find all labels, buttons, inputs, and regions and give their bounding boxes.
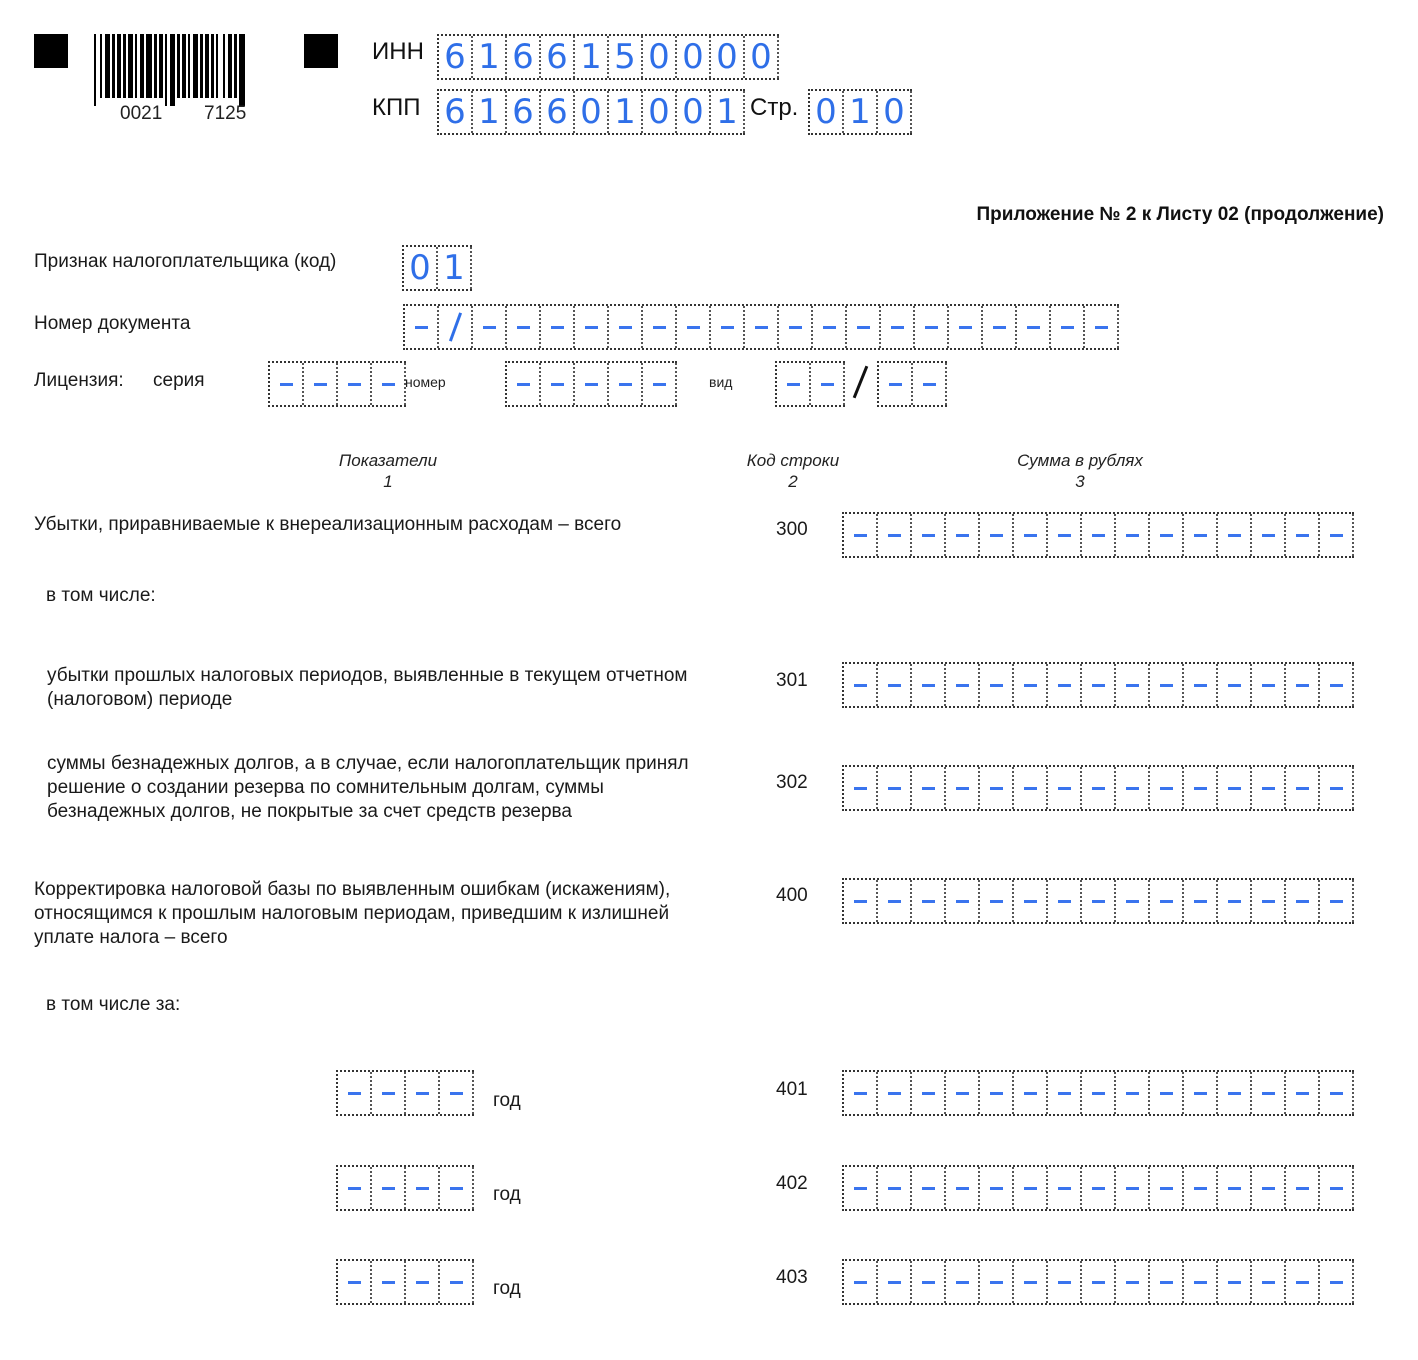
form-cell[interactable] xyxy=(372,1072,406,1114)
empty-dash xyxy=(1228,684,1241,687)
form-cell[interactable] xyxy=(946,880,980,922)
form-cell[interactable] xyxy=(1320,664,1354,706)
inn-field[interactable]: 6166150000 xyxy=(437,34,779,80)
form-cell[interactable] xyxy=(1014,1261,1048,1303)
form-cell[interactable] xyxy=(372,1167,406,1209)
empty-dash xyxy=(821,383,834,386)
form-cell[interactable]: 0 xyxy=(745,36,779,78)
empty-dash xyxy=(888,1281,901,1284)
registration-marker-left xyxy=(34,34,68,68)
row-code-401: 401 xyxy=(776,1079,808,1101)
form-cell[interactable]: 1 xyxy=(844,91,878,133)
form-cell[interactable] xyxy=(338,1167,372,1209)
form-cell[interactable] xyxy=(1184,1261,1218,1303)
form-cell[interactable] xyxy=(1320,880,1354,922)
form-cell[interactable] xyxy=(1218,767,1252,809)
form-cell[interactable] xyxy=(813,306,847,348)
form-cell[interactable] xyxy=(440,1261,474,1303)
form-cell[interactable] xyxy=(507,306,541,348)
form-cell[interactable] xyxy=(1048,1072,1082,1114)
empty-dash xyxy=(1228,1187,1241,1190)
form-cell[interactable] xyxy=(1048,1167,1082,1209)
empty-dash xyxy=(1228,534,1241,537)
form-cell[interactable] xyxy=(440,1072,474,1114)
empty-dash xyxy=(1024,534,1037,537)
empty-dash xyxy=(1092,1092,1105,1095)
form-cell[interactable] xyxy=(1014,514,1048,556)
form-cell[interactable]: 6 xyxy=(439,91,473,133)
form-cell[interactable] xyxy=(980,664,1014,706)
license-series-label: серия xyxy=(153,370,205,392)
form-cell[interactable] xyxy=(913,363,947,405)
empty-dash xyxy=(854,1092,867,1095)
form-cell[interactable] xyxy=(881,306,915,348)
form-cell[interactable]: 1 xyxy=(609,91,643,133)
kpp-field[interactable]: 616601001 xyxy=(437,89,745,135)
form-cell[interactable] xyxy=(1218,880,1252,922)
empty-dash xyxy=(1296,900,1309,903)
form-cell[interactable] xyxy=(1014,880,1048,922)
form-cell[interactable] xyxy=(1286,664,1320,706)
form-cell[interactable]: 6 xyxy=(541,36,575,78)
form-cell[interactable] xyxy=(980,1261,1014,1303)
empty-dash xyxy=(1194,1281,1207,1284)
empty-dash xyxy=(687,326,700,329)
form-cell[interactable]: 0 xyxy=(677,36,711,78)
form-cell[interactable]: 1 xyxy=(711,91,745,133)
empty-dash xyxy=(653,326,666,329)
empty-dash xyxy=(1262,1187,1275,1190)
form-cell[interactable] xyxy=(1082,1072,1116,1114)
empty-dash xyxy=(1330,684,1343,687)
form-cell[interactable] xyxy=(946,664,980,706)
form-cell[interactable] xyxy=(844,664,878,706)
form-cell[interactable] xyxy=(1218,1261,1252,1303)
form-cell[interactable] xyxy=(1082,664,1116,706)
year-field-403[interactable] xyxy=(336,1259,474,1305)
form-cell[interactable] xyxy=(1252,514,1286,556)
form-cell[interactable] xyxy=(844,514,878,556)
empty-dash xyxy=(280,383,293,386)
form-cell[interactable] xyxy=(879,363,913,405)
column-number: 1 xyxy=(288,471,488,492)
form-cell[interactable] xyxy=(912,1072,946,1114)
form-cell[interactable] xyxy=(878,1261,912,1303)
empty-dash xyxy=(585,383,598,386)
row-code-301: 301 xyxy=(776,670,808,692)
row-label-300: Убытки, приравниваемые к внереализационн… xyxy=(34,513,734,537)
empty-dash xyxy=(1024,1187,1037,1190)
form-cell[interactable]: 1 xyxy=(473,91,507,133)
form-cell[interactable] xyxy=(878,664,912,706)
form-cell[interactable] xyxy=(745,306,779,348)
form-cell[interactable] xyxy=(372,1261,406,1303)
empty-dash xyxy=(1296,1092,1309,1095)
form-cell[interactable] xyxy=(980,1072,1014,1114)
year-label-401: год xyxy=(493,1090,521,1112)
empty-dash xyxy=(1262,1092,1275,1095)
form-cell[interactable] xyxy=(677,306,711,348)
form-cell[interactable] xyxy=(1184,1167,1218,1209)
document-number-field[interactable] xyxy=(403,304,1119,350)
form-cell[interactable] xyxy=(912,767,946,809)
empty-dash xyxy=(888,900,901,903)
empty-dash xyxy=(1194,1092,1207,1095)
empty-dash xyxy=(1330,1281,1343,1284)
form-cell[interactable] xyxy=(1116,767,1150,809)
form-cell[interactable] xyxy=(1286,1072,1320,1114)
form-cell[interactable] xyxy=(1286,1167,1320,1209)
form-cell[interactable] xyxy=(1150,767,1184,809)
empty-dash xyxy=(956,1092,969,1095)
form-cell[interactable] xyxy=(1252,664,1286,706)
form-cell[interactable] xyxy=(643,363,677,405)
form-cell[interactable] xyxy=(405,306,439,348)
form-cell[interactable] xyxy=(949,306,983,348)
empty-dash xyxy=(619,383,632,386)
form-cell[interactable] xyxy=(1017,306,1051,348)
form-cell[interactable] xyxy=(575,363,609,405)
form-cell[interactable] xyxy=(270,363,304,405)
form-cell[interactable] xyxy=(1082,767,1116,809)
form-cell[interactable]: 0 xyxy=(810,91,844,133)
form-cell[interactable] xyxy=(878,1072,912,1114)
form-cell[interactable] xyxy=(878,767,912,809)
form-cell[interactable] xyxy=(777,363,811,405)
form-cell[interactable] xyxy=(1116,1072,1150,1114)
form-cell[interactable] xyxy=(878,880,912,922)
empty-dash xyxy=(1058,684,1071,687)
empty-dash xyxy=(483,326,496,329)
form-cell[interactable] xyxy=(811,363,845,405)
form-cell[interactable] xyxy=(1320,514,1354,556)
form-cell[interactable]: 6 xyxy=(541,91,575,133)
empty-dash xyxy=(956,900,969,903)
form-cell[interactable] xyxy=(946,767,980,809)
sum-field-400[interactable] xyxy=(842,878,1354,924)
form-cell[interactable] xyxy=(1082,880,1116,922)
row-label-400: Корректировка налоговой базы по выявленн… xyxy=(34,878,674,950)
form-cell[interactable] xyxy=(1252,1261,1286,1303)
inn-label: ИНН xyxy=(372,38,424,66)
form-cell[interactable] xyxy=(912,664,946,706)
empty-dash xyxy=(1024,1092,1037,1095)
empty-dash xyxy=(993,326,1006,329)
form-cell[interactable]: 5 xyxy=(609,36,643,78)
form-cell[interactable]: 0 xyxy=(711,36,745,78)
form-cell[interactable] xyxy=(541,306,575,348)
form-cell[interactable] xyxy=(304,363,338,405)
form-cell[interactable] xyxy=(779,306,813,348)
empty-dash xyxy=(585,326,598,329)
license-type-field-right[interactable] xyxy=(877,361,947,407)
empty-dash xyxy=(922,787,935,790)
form-cell[interactable] xyxy=(915,306,949,348)
form-cell[interactable] xyxy=(1218,1167,1252,1209)
empty-dash xyxy=(990,787,1003,790)
column-title: Сумма в рублях xyxy=(980,450,1180,471)
form-cell[interactable] xyxy=(878,514,912,556)
empty-dash xyxy=(959,326,972,329)
sum-field-402[interactable] xyxy=(842,1165,1354,1211)
empty-dash xyxy=(450,1187,463,1190)
empty-dash xyxy=(854,1281,867,1284)
empty-dash xyxy=(1160,534,1173,537)
empty-dash xyxy=(1126,1187,1139,1190)
form-cell[interactable] xyxy=(1014,1167,1048,1209)
slash-separator xyxy=(448,312,461,341)
form-cell[interactable] xyxy=(1116,514,1150,556)
form-cell[interactable] xyxy=(609,306,643,348)
form-cell[interactable] xyxy=(983,306,1017,348)
form-cell[interactable] xyxy=(1150,664,1184,706)
taxpayer-sign-field[interactable]: 01 xyxy=(402,245,472,291)
license-series-field[interactable] xyxy=(268,361,406,407)
page-field[interactable]: 010 xyxy=(808,89,912,135)
row-code-300: 300 xyxy=(776,519,808,541)
form-cell[interactable] xyxy=(1184,1072,1218,1114)
form-cell[interactable] xyxy=(1085,306,1119,348)
form-cell[interactable] xyxy=(980,514,1014,556)
form-cell[interactable] xyxy=(1014,664,1048,706)
empty-dash xyxy=(1228,900,1241,903)
form-cell[interactable] xyxy=(541,363,575,405)
empty-dash xyxy=(348,383,361,386)
license-type-field-left[interactable] xyxy=(775,361,845,407)
form-cell[interactable] xyxy=(439,306,473,348)
empty-dash xyxy=(1194,900,1207,903)
empty-dash xyxy=(889,383,902,386)
form-cell[interactable] xyxy=(1150,1167,1184,1209)
empty-dash xyxy=(956,787,969,790)
sum-field-403[interactable] xyxy=(842,1259,1354,1305)
column-header-code: Код строки 2 xyxy=(693,450,893,492)
form-cell[interactable]: 0 xyxy=(575,91,609,133)
license-number-field[interactable] xyxy=(505,361,677,407)
form-cell[interactable]: 1 xyxy=(473,36,507,78)
form-cell[interactable]: 0 xyxy=(643,91,677,133)
form-cell[interactable] xyxy=(1116,1167,1150,1209)
empty-dash xyxy=(1296,684,1309,687)
empty-dash xyxy=(348,1281,361,1284)
form-cell[interactable] xyxy=(912,1261,946,1303)
empty-dash xyxy=(1126,534,1139,537)
form-cell[interactable] xyxy=(946,1261,980,1303)
form-cell[interactable]: 6 xyxy=(507,36,541,78)
empty-dash xyxy=(888,1187,901,1190)
empty-dash xyxy=(1024,787,1037,790)
form-cell[interactable] xyxy=(980,880,1014,922)
sum-field-401[interactable] xyxy=(842,1070,1354,1116)
form-cell[interactable] xyxy=(946,1072,980,1114)
form-cell[interactable] xyxy=(1286,514,1320,556)
form-cell[interactable] xyxy=(1286,767,1320,809)
license-type-separator xyxy=(845,361,875,403)
empty-dash xyxy=(1126,1092,1139,1095)
form-cell[interactable] xyxy=(912,514,946,556)
empty-dash xyxy=(891,326,904,329)
form-cell[interactable]: 1 xyxy=(438,247,472,289)
form-cell[interactable] xyxy=(1218,1072,1252,1114)
form-cell[interactable] xyxy=(878,1167,912,1209)
empty-dash xyxy=(922,1092,935,1095)
empty-dash xyxy=(1160,787,1173,790)
form-cell[interactable] xyxy=(1082,1167,1116,1209)
empty-dash xyxy=(1024,900,1037,903)
form-cell[interactable] xyxy=(1014,1072,1048,1114)
form-cell[interactable] xyxy=(609,363,643,405)
form-cell[interactable]: 6 xyxy=(439,36,473,78)
empty-dash xyxy=(1024,1281,1037,1284)
form-cell[interactable] xyxy=(1116,1261,1150,1303)
empty-dash xyxy=(1058,534,1071,537)
form-cell[interactable]: 6 xyxy=(507,91,541,133)
empty-dash xyxy=(990,1092,1003,1095)
form-cell[interactable] xyxy=(1184,767,1218,809)
form-cell[interactable] xyxy=(1150,514,1184,556)
form-cell[interactable] xyxy=(338,1072,372,1114)
empty-dash xyxy=(1194,787,1207,790)
form-cell[interactable] xyxy=(1320,1072,1354,1114)
empty-dash xyxy=(787,383,800,386)
form-cell[interactable] xyxy=(946,514,980,556)
form-cell[interactable] xyxy=(338,363,372,405)
form-cell[interactable] xyxy=(406,1261,440,1303)
form-cell[interactable] xyxy=(1252,767,1286,809)
empty-dash xyxy=(888,684,901,687)
empty-dash xyxy=(854,534,867,537)
form-cell[interactable]: 0 xyxy=(878,91,912,133)
form-cell[interactable] xyxy=(1048,767,1082,809)
empty-dash xyxy=(416,1092,429,1095)
barcode xyxy=(94,34,276,106)
form-cell[interactable] xyxy=(1116,664,1150,706)
form-cell[interactable] xyxy=(372,363,406,405)
form-cell[interactable] xyxy=(1051,306,1085,348)
column-header-indicators: Показатели 1 xyxy=(288,450,488,492)
form-cell[interactable] xyxy=(844,767,878,809)
form-cell[interactable] xyxy=(946,1167,980,1209)
empty-dash xyxy=(653,383,666,386)
form-cell[interactable] xyxy=(844,880,878,922)
form-cell[interactable] xyxy=(643,306,677,348)
form-cell[interactable] xyxy=(1184,880,1218,922)
empty-dash xyxy=(1330,900,1343,903)
form-cell[interactable] xyxy=(1252,1072,1286,1114)
empty-dash xyxy=(450,1092,463,1095)
empty-dash xyxy=(1296,1281,1309,1284)
form-cell[interactable] xyxy=(844,1261,878,1303)
form-cell[interactable] xyxy=(1116,880,1150,922)
form-cell[interactable] xyxy=(1048,1261,1082,1303)
form-cell[interactable] xyxy=(980,767,1014,809)
empty-dash xyxy=(1194,684,1207,687)
form-cell[interactable] xyxy=(440,1167,474,1209)
year-field-401[interactable] xyxy=(336,1070,474,1116)
subsection-years-label: в том числе за: xyxy=(46,994,180,1016)
form-cell[interactable]: 1 xyxy=(575,36,609,78)
empty-dash xyxy=(1061,326,1074,329)
form-cell[interactable] xyxy=(1252,880,1286,922)
empty-dash xyxy=(1160,900,1173,903)
kpp-label: КПП xyxy=(372,94,420,122)
empty-dash xyxy=(382,1281,395,1284)
empty-dash xyxy=(1330,787,1343,790)
form-cell[interactable] xyxy=(507,363,541,405)
form-cell[interactable] xyxy=(1150,880,1184,922)
empty-dash xyxy=(922,900,935,903)
empty-dash xyxy=(450,1281,463,1284)
empty-dash xyxy=(854,684,867,687)
empty-dash xyxy=(1027,326,1040,329)
form-cell[interactable] xyxy=(1286,1261,1320,1303)
form-cell[interactable]: 0 xyxy=(643,36,677,78)
form-cell[interactable] xyxy=(847,306,881,348)
form-cell[interactable] xyxy=(473,306,507,348)
year-field-402[interactable] xyxy=(336,1165,474,1211)
form-cell[interactable] xyxy=(912,880,946,922)
form-cell[interactable] xyxy=(1184,664,1218,706)
empty-dash xyxy=(1092,900,1105,903)
form-cell[interactable] xyxy=(912,1167,946,1209)
empty-dash xyxy=(956,1281,969,1284)
empty-dash xyxy=(1194,534,1207,537)
empty-dash xyxy=(1058,1092,1071,1095)
sum-field-301[interactable] xyxy=(842,662,1354,708)
empty-dash xyxy=(1296,534,1309,537)
form-cell[interactable] xyxy=(1320,1261,1354,1303)
sum-field-302[interactable] xyxy=(842,765,1354,811)
form-cell[interactable] xyxy=(980,1167,1014,1209)
form-cell[interactable] xyxy=(1286,880,1320,922)
sum-field-300[interactable] xyxy=(842,512,1354,558)
empty-dash xyxy=(1194,1187,1207,1190)
form-cell[interactable] xyxy=(844,1167,878,1209)
form-cell[interactable] xyxy=(1048,880,1082,922)
form-cell[interactable]: 0 xyxy=(677,91,711,133)
form-cell[interactable] xyxy=(338,1261,372,1303)
form-cell[interactable] xyxy=(406,1167,440,1209)
form-cell[interactable] xyxy=(1320,1167,1354,1209)
form-cell[interactable] xyxy=(1150,1072,1184,1114)
form-cell[interactable] xyxy=(1150,1261,1184,1303)
form-cell[interactable] xyxy=(1048,664,1082,706)
empty-dash xyxy=(1092,1281,1105,1284)
form-cell[interactable] xyxy=(1014,767,1048,809)
form-cell[interactable] xyxy=(1320,767,1354,809)
form-cell[interactable] xyxy=(844,1072,878,1114)
form-cell[interactable] xyxy=(1184,514,1218,556)
form-cell[interactable] xyxy=(1218,514,1252,556)
form-cell[interactable] xyxy=(1048,514,1082,556)
form-cell[interactable] xyxy=(1252,1167,1286,1209)
form-cell[interactable] xyxy=(1082,1261,1116,1303)
empty-dash xyxy=(517,326,530,329)
document-number-label: Номер документа xyxy=(34,313,190,335)
empty-dash xyxy=(1126,684,1139,687)
empty-dash xyxy=(923,383,936,386)
form-cell[interactable] xyxy=(406,1072,440,1114)
form-cell[interactable] xyxy=(1218,664,1252,706)
row-code-403: 403 xyxy=(776,1267,808,1289)
form-cell[interactable] xyxy=(575,306,609,348)
empty-dash xyxy=(416,1281,429,1284)
form-cell[interactable]: 0 xyxy=(404,247,438,289)
empty-dash xyxy=(990,684,1003,687)
page-title: Приложение № 2 к Листу 02 (продолжение) xyxy=(977,204,1384,226)
form-cell[interactable] xyxy=(1082,514,1116,556)
form-cell[interactable] xyxy=(711,306,745,348)
